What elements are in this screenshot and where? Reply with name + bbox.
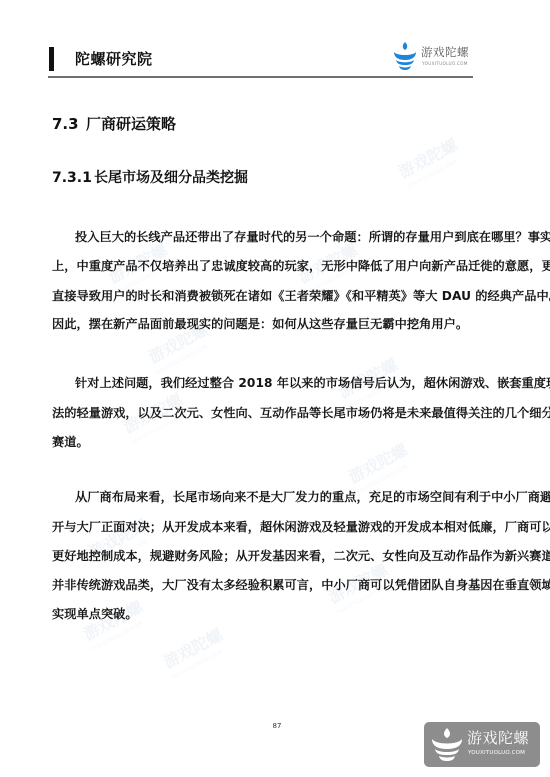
header-logo-domain: YOUXITUOLUO.COM bbox=[422, 61, 468, 66]
paragraph-line: 针对上述问题，我们经过整合 2018 年以来的市场信号后认为，超休闲游戏、嵌套重… bbox=[75, 375, 520, 391]
paragraph-line: 法的轻量游戏，以及二次元、女性向、互动作品等长尾市场仍将是未来最值得关注的几个细… bbox=[52, 405, 497, 421]
subsection-heading: 7.3.1长尾市场及细分品类挖掘 bbox=[52, 168, 248, 188]
footer-logo-domain: YOUXITUOLUO.COM bbox=[468, 750, 525, 756]
paragraph-line: 开与大厂正面对决；从开发成本来看，超休闲游戏及轻量游戏的开发成本相对低廉，厂商可… bbox=[52, 519, 497, 535]
watermark: 游戏陀螺YOUXITUOLUO.COM bbox=[396, 137, 468, 195]
section-number: 7.3 bbox=[52, 114, 86, 134]
paragraph-line: 更好地控制成本，规避财务风险；从开发基因来看，二次元、女性向及互动作品作为新兴赛… bbox=[52, 548, 497, 564]
paragraph-line: 因此，摆在新产品面前最现实的问题是：如何从这些存量巨无霸中挖角用户。 bbox=[52, 316, 497, 332]
header-title: 陀螺研究院 bbox=[75, 50, 153, 68]
header-logo-name: 游戏陀螺 bbox=[421, 46, 469, 59]
subsection-number: 7.3.1 bbox=[52, 168, 94, 188]
paragraph-line: 上，中重度产品不仅培养出了忠诚度较高的玩家，无形中降低了用户向新产品迁徙的意愿，… bbox=[52, 258, 497, 274]
header-divider bbox=[48, 76, 473, 78]
paragraph-line: 从厂商布局来看，长尾市场向来不是大厂发力的重点，充足的市场空间有利于中小厂商避 bbox=[75, 489, 520, 505]
paragraph-line: 并非传统游戏品类，大厂没有太多经验积累可言，中小厂商可以凭借团队自身基因在垂直领… bbox=[52, 577, 497, 593]
footer-logo: 游戏陀螺 YOUXITUOLUO.COM bbox=[424, 722, 540, 767]
header-logo: 游戏陀螺 YOUXITUOLUO.COM bbox=[392, 40, 474, 76]
section-title: 厂商研运策略 bbox=[86, 115, 176, 133]
page-number: 87 bbox=[270, 722, 284, 730]
paragraph-line: 直接导致用户的时长和消费被锁死在诸如《王者荣耀》《和平精英》等大 DAU 的经典… bbox=[52, 288, 497, 304]
subsection-title: 长尾市场及细分品类挖掘 bbox=[94, 170, 248, 186]
paragraph-line: 赛道。 bbox=[52, 434, 497, 450]
section-heading: 7.3厂商研运策略 bbox=[52, 114, 176, 134]
document-page: 游戏陀螺YOUXITUOLUO.COM 游戏陀螺YOUXITUOLUO.COM … bbox=[0, 0, 550, 777]
footer-logo-name: 游戏陀螺 bbox=[467, 730, 529, 747]
spinning-top-logo-icon bbox=[392, 40, 418, 74]
paragraph-line: 实现单点突破。 bbox=[52, 606, 497, 622]
watermark: 游戏陀螺YOUXITUOLUO.COM bbox=[161, 627, 233, 685]
spinning-top-logo-icon bbox=[430, 726, 464, 764]
header-accent-bar bbox=[49, 47, 54, 71]
paragraph-line: 投入巨大的长线产品还带出了存量时代的另一个命题：所谓的存量用户到底在哪里？事实 bbox=[75, 229, 520, 245]
